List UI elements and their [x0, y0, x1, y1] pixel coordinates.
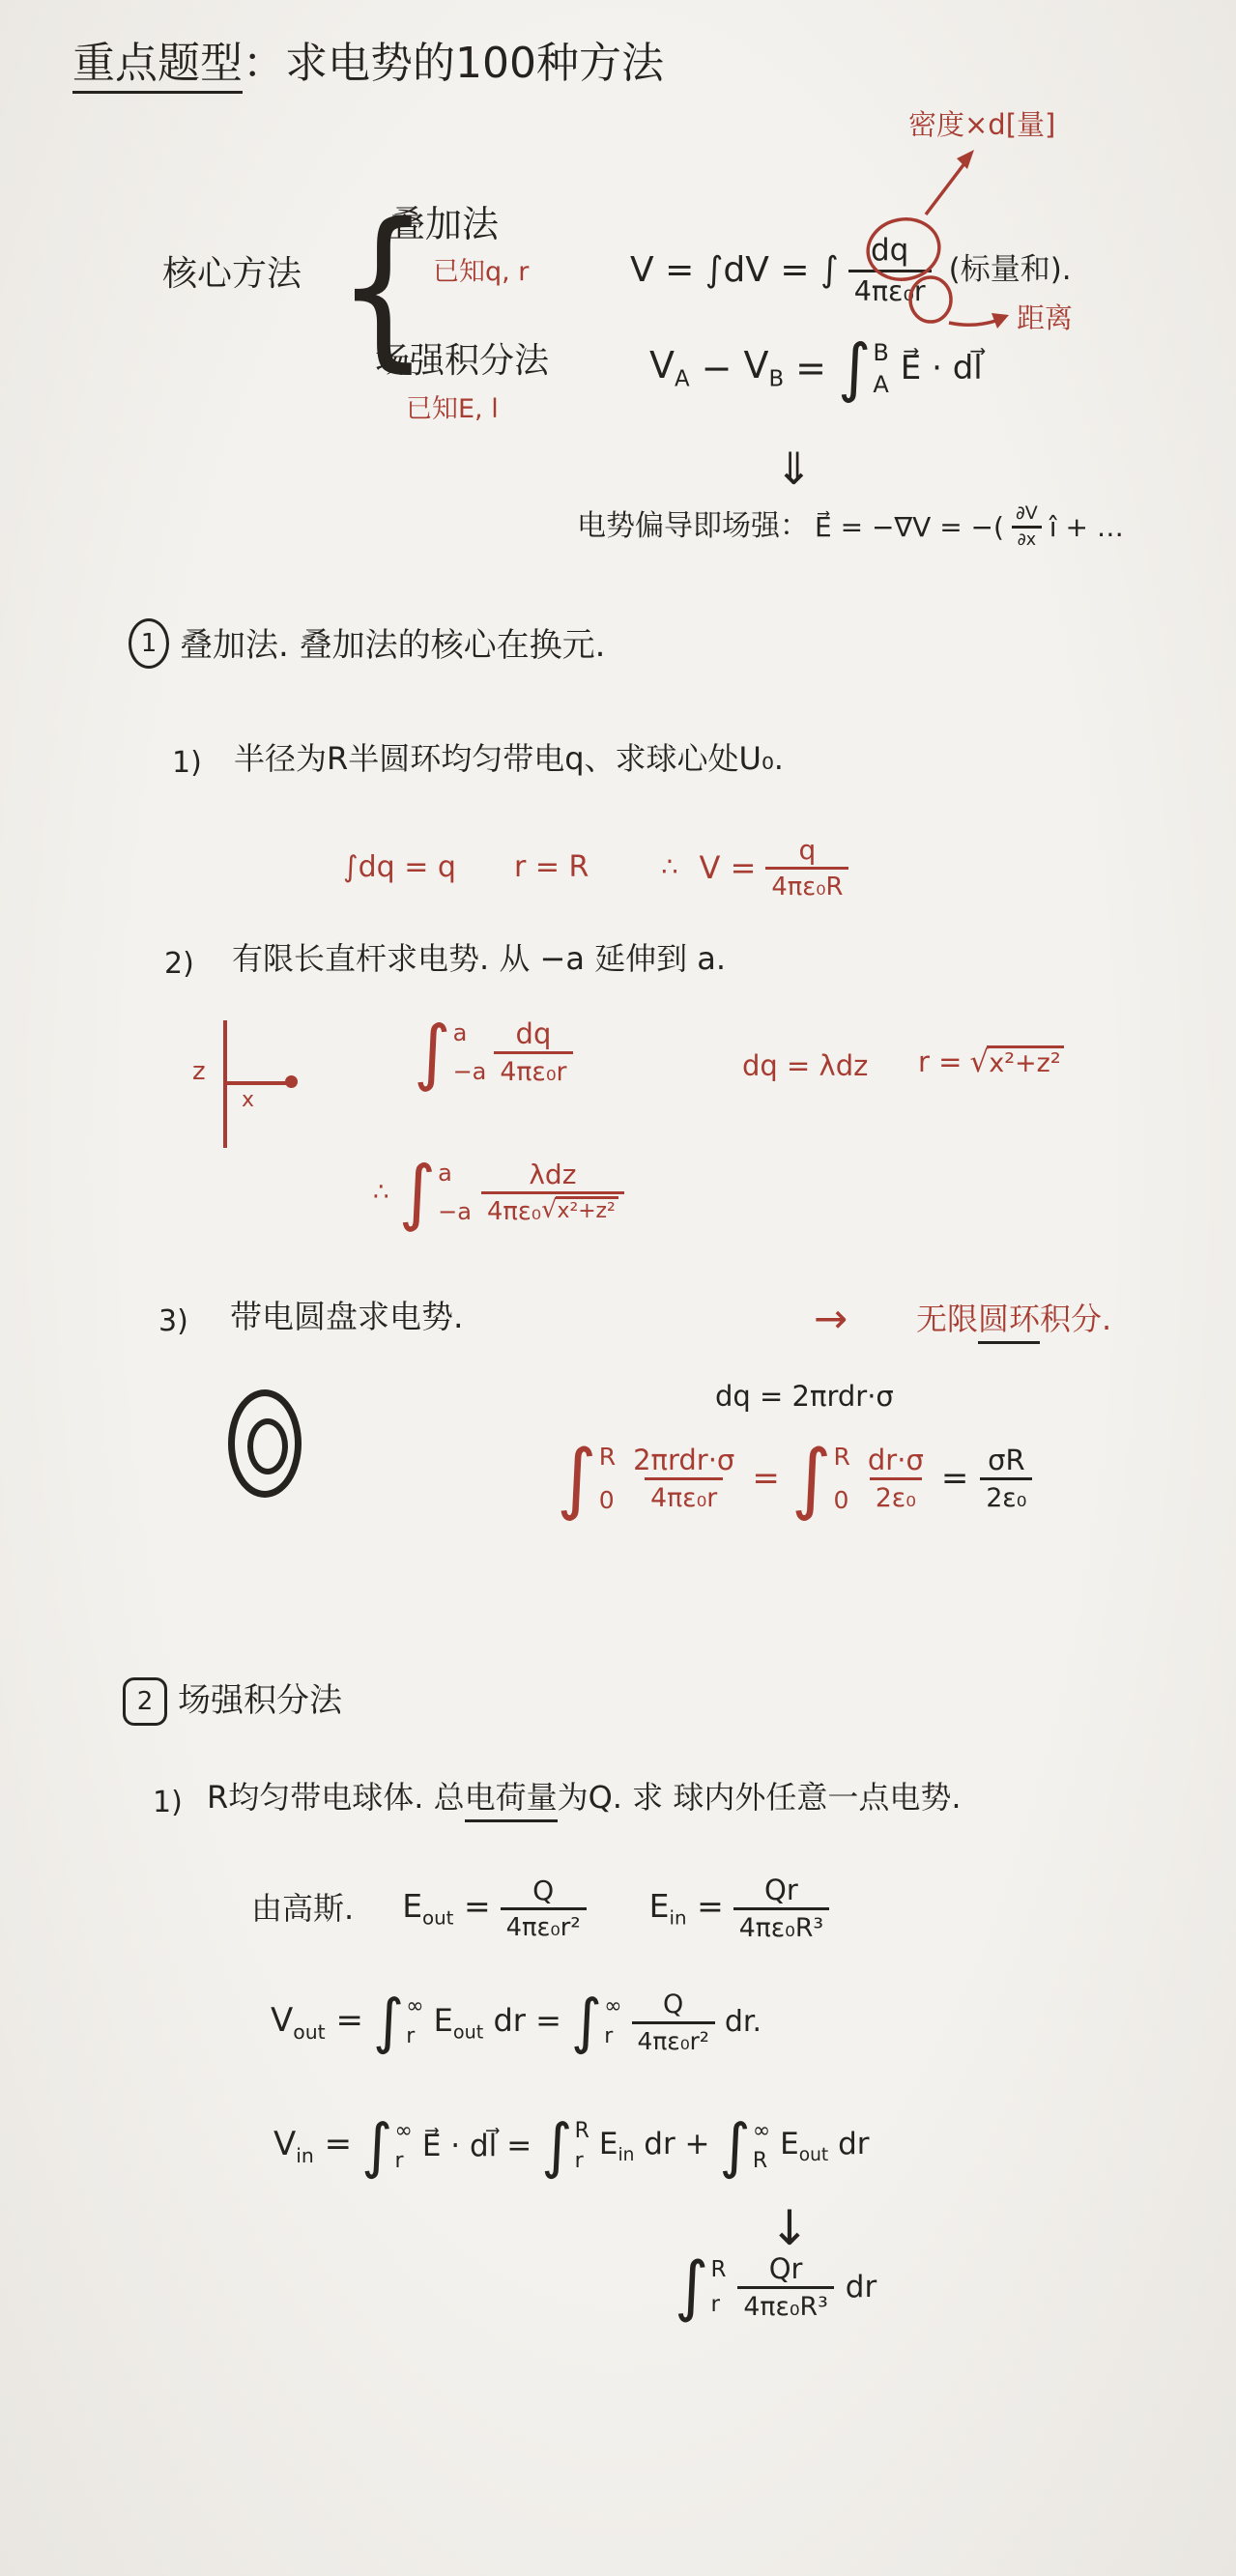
item-1-formula: ∫dq = q r = R ∴ V = q 4πε₀R	[343, 833, 848, 902]
e-in-dr: Ein dr +	[599, 2127, 710, 2167]
item-3-label: 3)	[158, 1304, 188, 1339]
vb-term: VB	[743, 344, 784, 393]
dr-tail: dr.	[725, 2005, 762, 2040]
e-dot-dl: E⃗ · dl⃗	[422, 2129, 497, 2164]
gradient-lhs: E⃗ = −∇V = −(	[815, 511, 1004, 544]
fraction-Qr-over-4pie0R3: Qr 4πε₀R³	[737, 2251, 833, 2324]
fraction-result: σR 2ε₀	[980, 1443, 1032, 1515]
integral-r-to-inf: ∫ ∞r	[373, 1993, 424, 2050]
down-arrow: ↓	[769, 2199, 810, 2257]
dq-ring-element: dq = 2πrdr·σ	[715, 1380, 894, 1414]
integral-sign: ∫	[557, 1442, 597, 1515]
r-equals: r =	[918, 1045, 962, 1079]
therefore-sign: ∴	[661, 852, 677, 883]
integral-sign: ∫	[414, 1018, 451, 1086]
x-axis-label: x	[242, 1088, 254, 1113]
infinite-ring-note: 无限圆环积分.	[916, 1301, 1111, 1337]
right-arrow: →	[814, 1295, 848, 1343]
dq-lambda-dz: dq = λdz	[742, 1049, 868, 1083]
item-1-label: 1)	[172, 746, 202, 781]
fraction-e-in: Qr 4πε₀R³	[733, 1873, 829, 1945]
integral-0-to-R: ∫ R0	[791, 1442, 850, 1515]
v-out-row: Vout = ∫ ∞r Eout dr = ∫ ∞r Q 4πε₀r² dr.	[271, 1989, 762, 2056]
fraction-q-over-4pie0r2: Q 4πε₀r²	[632, 1989, 715, 2056]
integral-sign: ∫	[373, 1993, 404, 2050]
sqrt-x2-z2: √ x²+z²	[969, 1045, 1063, 1078]
arrow-to-density	[926, 158, 968, 215]
sqrt-x2-z2: √x²+z²	[541, 1196, 618, 1223]
gauss-fields-row: 由高斯. Eout = Q 4πε₀r² Ein = Qr 4πε₀R³	[251, 1873, 829, 1945]
gradient-label: 电势偏导即场强：	[577, 509, 809, 544]
fraction-e-out: Q 4πε₀r²	[501, 1874, 587, 1943]
integral-dq-equals-q: ∫dq = q	[343, 850, 456, 885]
e-in-term: Ein =	[649, 1887, 724, 1930]
item-s2-1-label: 1)	[153, 1786, 183, 1820]
integral-sign: ∫	[838, 338, 871, 399]
integral-sign: ∫	[791, 1442, 832, 1515]
z-axis-label: z	[192, 1057, 206, 1087]
disk-sketch-inner	[247, 1418, 288, 1474]
page-title: 重点题型：求电势的100种方法	[72, 39, 664, 90]
potential-difference-formula: VA − VB = {∫ BA E⃗ · dl⃗	[649, 338, 983, 399]
title-emphasis: 重点题型	[72, 39, 243, 94]
integral-minus-a-to-a: ∫ a−a	[399, 1159, 472, 1226]
integral-r-to-inf: ∫ ∞r	[361, 2118, 413, 2175]
method-field-integration: 场强积分法	[375, 340, 549, 382]
fraction-dq-over-4pie0r: dq 4πε₀r	[848, 232, 932, 308]
fraction-lambda-dz: λdz 4πε₀√x²+z²	[481, 1158, 624, 1227]
e-out-dr: Eout dr =	[434, 2002, 561, 2043]
integral-sign: ∫	[361, 2118, 392, 2175]
title-rest: ：求电势的100种方法	[243, 39, 664, 88]
item-s2-1-text: R均匀带电球体. 总电荷量为Q. 求 球内外任意一点电势.	[207, 1779, 962, 1816]
fraction-numerator: dq	[865, 232, 914, 270]
equals-sign: =	[506, 2129, 532, 2164]
integral-sign: ∫	[541, 2118, 572, 2175]
potential-superposition-formula: V = ∫dV = ∫ dq 4πε₀r (标量和).	[630, 232, 1072, 308]
disk-integral-chain: ∫ R0 2πrdr·σ 4πε₀r = ∫ R0 dr·σ 2ε₀ = σR …	[557, 1442, 1032, 1515]
integral-sign: ∫	[675, 2256, 708, 2319]
va-term: VA	[649, 344, 690, 393]
minus-sign: −	[702, 347, 733, 391]
r-equals-R: r = R	[514, 850, 589, 885]
red-pen-annotations	[0, 0, 1236, 2576]
fraction-denominator: 4πε₀r	[848, 270, 932, 309]
core-methods-label: 核心方法	[162, 253, 302, 295]
equals-sign: =	[752, 1459, 780, 1499]
integral-sign: ∫	[571, 1993, 602, 2050]
v-in-row: Vin = ∫ ∞r E⃗ · dl⃗ = ∫ Rr Ein dr + ∫ ∞R…	[273, 2118, 870, 2175]
handwritten-physics-notes: 重点题型：求电势的100种方法 核心方法 { 叠加法 已知q, r 场强积分法 …	[0, 0, 1236, 2576]
arrow-to-distance-head	[992, 313, 1009, 329]
section-1-marker: 1	[129, 618, 169, 669]
integral-r-to-R: ∫ Rr	[541, 2118, 589, 2175]
x-axis-line	[226, 1081, 288, 1085]
formula-lhs: V = ∫dV = ∫	[630, 249, 839, 291]
integral-R-to-inf: ∫ ∞R	[720, 2118, 771, 2175]
ring-underlined: 圆环	[978, 1301, 1040, 1344]
arrow-to-distance	[949, 319, 1001, 325]
v-equals: V =	[700, 849, 757, 886]
r-sqrt-formula: r = √ x²+z²	[918, 1045, 1064, 1079]
scalar-sum-note: (标量和).	[949, 252, 1072, 288]
fraction-ring-charge: 2πrdr·σ 4πε₀r	[627, 1443, 740, 1515]
section-2-marker: 2	[123, 1677, 167, 1726]
therefore-sign: ∴	[373, 1178, 389, 1208]
equals-sign: =	[941, 1459, 969, 1499]
equals-sign: =	[795, 347, 826, 391]
e-dot-dl: E⃗ · dl⃗	[901, 349, 983, 388]
partial-fraction: ∂V ∂x	[1010, 502, 1044, 552]
method-superposition-note: 已知q, r	[433, 257, 529, 288]
rod-integral-formula: ∫ a−a dq 4πε₀r	[414, 1016, 573, 1089]
section-1-heading: 叠加法. 叠加法的核心在换元.	[180, 626, 605, 666]
method-superposition: 叠加法	[388, 203, 499, 247]
fraction-simplified: dr·σ 2ε₀	[862, 1443, 930, 1515]
charge-underlined: 电荷量	[465, 1779, 558, 1822]
v-in-term: Vin =	[273, 2125, 352, 2167]
integral-sign: ∫	[720, 2118, 751, 2175]
method-field-integration-note: 已知E, l	[406, 394, 499, 425]
double-down-arrow: ⇓	[775, 443, 813, 496]
integral-A-to-B: {∫ BA	[838, 338, 889, 399]
item-3-text: 带电圆盘求电势.	[230, 1298, 464, 1336]
section-2-heading: 场强积分法	[178, 1681, 342, 1721]
item-2-label: 2)	[164, 947, 194, 982]
integral-sign: ∫	[399, 1159, 437, 1226]
integral-0-to-R: ∫ R0	[557, 1442, 616, 1515]
e-out-dr: Eout dr	[780, 2127, 869, 2167]
gradient-relation-line: 电势偏导即场强： E⃗ = −∇V = −( ∂V ∂x î + …	[577, 502, 1124, 552]
arrow-to-density-head	[957, 150, 974, 169]
rod-substituted-integral: ∴ ∫ a−a λdz 4πε₀√x²+z²	[373, 1158, 624, 1227]
by-gauss-label: 由高斯.	[251, 1890, 354, 1927]
fraction-q-over-4pie0R: q 4πε₀R	[765, 833, 848, 902]
dr-tail: dr	[846, 2270, 877, 2305]
item-2-text: 有限长直杆求电势. 从 −a 延伸到 a.	[232, 940, 726, 977]
integral-r-to-R: ∫ Rr	[675, 2256, 726, 2319]
density-annotation: 密度×d[量]	[908, 108, 1055, 142]
field-point-dot	[285, 1075, 298, 1088]
v-out-term: Vout =	[271, 2001, 363, 2044]
item-1-text: 半径为R半圆环均匀带电q、求球心处U₀.	[234, 740, 784, 777]
integral-minus-a-to-a: ∫ a−a	[414, 1018, 486, 1086]
e-out-term: Eout =	[402, 1887, 490, 1930]
integral-r-to-inf: ∫ ∞r	[571, 1993, 622, 2050]
final-integral: ∫ Rr Qr 4πε₀R³ dr	[675, 2251, 877, 2324]
fraction-dq-over-4pie0r: dq 4πε₀r	[494, 1016, 572, 1089]
gradient-tail: î + …	[1049, 511, 1124, 544]
